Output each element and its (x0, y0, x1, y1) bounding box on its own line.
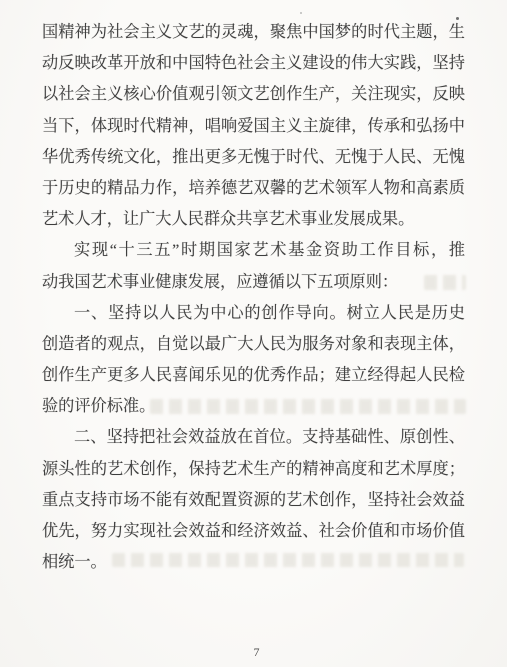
text-line: 优先，努力实现社会效益和经济效益、社会价值和市场价值 (42, 516, 465, 547)
text-line: 源头性的艺术创作，保持艺术生产的精神高度和艺术厚度； (42, 454, 465, 485)
text-line: 动反映改革开放和中国特色社会主义建设的伟大实践，坚持 (42, 48, 465, 79)
text-line: 艺术人才，让广大人民群众共享艺术事业发展成果。 (42, 204, 465, 235)
text-line: 国精神为社会主义文艺的灵魂，聚焦中国梦的时代主题，生 (42, 17, 465, 48)
text-line: 动我国艺术事业健康发展，应遵循以下五项原则： (42, 267, 465, 298)
scan-bleed-artifact (424, 275, 466, 290)
text-line: 二、坚持把社会效益放在首位。支持基础性、原创性、 (42, 422, 465, 453)
scan-speck-artifact (300, 12, 302, 14)
document-body-text: 国精神为社会主义文艺的灵魂，聚焦中国梦的时代主题，生 动反映改革开放和中国特色社… (42, 17, 465, 578)
scan-bleed-artifact (150, 399, 466, 414)
scan-speck-artifact (456, 17, 459, 20)
text-line: 于历史的精品力作，培养德艺双馨的艺术领军人物和高素质 (42, 173, 465, 204)
text-line: 重点支持市场不能有效配置资源的艺术创作，坚持社会效益 (42, 485, 465, 516)
text-line: 以社会主义核心价值观引领文艺创作生产，关注现实，反映 (42, 79, 465, 110)
text-line: 当下，体现时代精神，唱响爱国主义主旋律，传承和弘扬中 (42, 111, 465, 142)
text-line: 华优秀传统文化，推出更多无愧于时代、无愧于人民、无愧 (42, 142, 465, 173)
scanned-document-page: 国精神为社会主义文艺的灵魂，聚焦中国梦的时代主题，生 动反映改革开放和中国特色社… (0, 0, 507, 667)
text-line: 创作生产更多人民喜闻乐见的优秀作品；建立经得起人民检 (42, 360, 465, 391)
scan-bleed-artifact (112, 553, 464, 567)
text-line: 一、坚持以人民为中心的创作导向。树立人民是历史 (42, 298, 465, 329)
text-line: 实现“十三五”时期国家艺术基金资助工作目标，推 (42, 235, 465, 266)
text-line: 创造者的观点，自觉以最广大人民为服务对象和表现主体， (42, 329, 465, 360)
page-number: 7 (3, 645, 507, 660)
